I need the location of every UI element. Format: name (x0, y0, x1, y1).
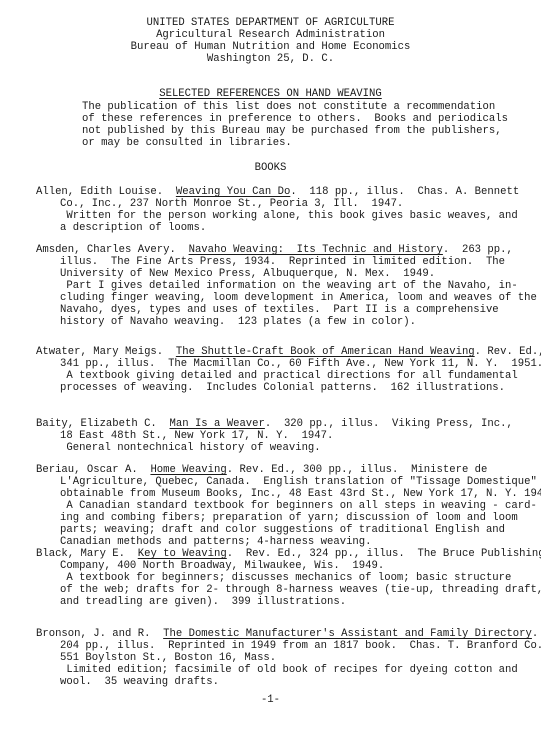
entry-author: Beriau, Oscar A. (36, 464, 138, 476)
entry-annotation-line: A textbook for beginners; discusses mech… (60, 572, 511, 584)
entry-author: Bronson, J. and R. (36, 628, 150, 640)
entry-annotation-line: parts; weaving; draft and color suggesti… (60, 524, 505, 536)
document-title: SELECTED REFERENCES ON HAND WEAVING (0, 88, 541, 100)
entry-publication-line: University of New Mexico Press, Albuquer… (60, 268, 435, 280)
disclaimer-line: The publication of this list does not co… (82, 101, 495, 113)
entry-annotation-line: General nontechnical history of weaving. (60, 442, 321, 454)
entry-publication-details: . Rev. Ed., (475, 346, 541, 358)
page-number: -1- (0, 694, 541, 706)
entry-book-title: The Shuttle-Craft Book of American Hand … (176, 346, 475, 358)
entry-publication-line: 18 East 48th St., New York 17, N. Y. 194… (60, 430, 333, 442)
entry-annotation-line: Navaho, dyes, types and uses of textiles… (60, 304, 499, 316)
entry-author: Baity, Elizabeth C. (36, 418, 157, 430)
entry-citation-line: Allen, Edith Louise. Weaving You Can Do.… (36, 186, 519, 198)
entry-publication-line: obtainable from Museum Books, Inc., 48 E… (60, 488, 541, 500)
entry-publication-line: L'Agriculture, Quebec, Canada. English t… (60, 476, 537, 488)
disclaimer-line: or may be consulted in libraries. (82, 137, 292, 149)
entry-publication-details: . (532, 628, 538, 640)
entry-annotation-line: wool. 35 weaving drafts. (60, 676, 219, 688)
entry-publication-details: . 118 pp., illus. Chas. A. Bennett (290, 186, 519, 198)
entry-citation-line: Baity, Elizabeth C. Man Is a Weaver. 320… (36, 418, 513, 430)
entry-publication-details: . Rev. Ed., 324 pp., illus. The Bruce Pu… (227, 548, 541, 560)
entry-annotation-line: A textbook giving detailed and practical… (60, 370, 518, 382)
section-heading-books: BOOKS (0, 162, 541, 174)
entry-citation-line: Beriau, Oscar A. Home Weaving. Rev. Ed.,… (36, 464, 487, 476)
entry-book-title: The Domestic Manufacturer's Assistant an… (163, 628, 532, 640)
document-page: UNITED STATES DEPARTMENT OF AGRICULTURE … (0, 0, 541, 733)
entry-annotation-line: A Canadian standard textbook for beginne… (60, 500, 537, 512)
header-department: UNITED STATES DEPARTMENT OF AGRICULTURE (0, 17, 541, 29)
entry-author: Amsden, Charles Avery. (36, 244, 176, 256)
entry-citation-line: Amsden, Charles Avery. Navaho Weaving: I… (36, 244, 513, 256)
entry-annotation-line: of the web; drafts for 2- through 8-harn… (60, 584, 541, 596)
entry-annotation-line: Part I gives detailed information on the… (60, 280, 518, 292)
disclaimer-line: not published by this Bureau may be purc… (82, 125, 502, 137)
header-administration: Agricultural Research Administration (0, 29, 541, 41)
entry-annotation-line: Canadian methods and patterns; 4-harness… (60, 536, 372, 548)
entry-author: Atwater, Mary Meigs. (36, 346, 163, 358)
entry-publication-details: . Rev. Ed., 300 pp., illus. Ministere de (227, 464, 488, 476)
entry-publication-line: Co., Inc., 237 North Monroe St., Peoria … (60, 198, 403, 210)
header-bureau: Bureau of Human Nutrition and Home Econo… (0, 41, 541, 53)
entry-citation-line: Atwater, Mary Meigs. The Shuttle-Craft B… (36, 346, 541, 358)
entry-publication-line: Company, 400 North Broadway, Milwaukee, … (60, 560, 384, 572)
entry-publication-line: 204 pp., illus. Reprinted in 1949 from a… (60, 640, 541, 652)
entry-book-title: Home Weaving (150, 464, 226, 476)
entry-book-title: Key to Weaving (138, 548, 227, 560)
entry-publication-details: . 320 pp., illus. Viking Press, Inc., (265, 418, 513, 430)
entry-annotation-line: and treadling are given). 399 illustrati… (60, 596, 346, 608)
entry-annotation-line: Written for the person working alone, th… (60, 210, 518, 222)
entry-author: Black, Mary E. (36, 548, 125, 560)
entry-annotation-line: cluding finger weaving, loom development… (60, 292, 537, 304)
entry-annotation-line: processes of weaving. Includes Colonial … (60, 382, 505, 394)
entry-publication-line: illus. The Fine Arts Press, 1934. Reprin… (60, 256, 505, 268)
entry-publication-line: 551 Boylston St., Boston 16, Mass. (60, 652, 276, 664)
disclaimer-line: of these references in preference to oth… (82, 113, 508, 125)
entry-annotation-line: history of Navaho weaving. 123 plates (a… (60, 316, 416, 328)
entry-annotation-line: ing and combing fibers; preparation of y… (60, 512, 518, 524)
entry-publication-line: 341 pp., illus. The Macmillan Co., 60 Fi… (60, 358, 541, 370)
entry-annotation-line: Limited edition; facsimile of old book o… (60, 664, 518, 676)
entry-author: Allen, Edith Louise. (36, 186, 163, 198)
entry-book-title: Man Is a Weaver (170, 418, 265, 430)
entry-book-title: Navaho Weaving: Its Technic and History (189, 244, 443, 256)
entry-publication-details: . 263 pp., (443, 244, 513, 256)
header-location: Washington 25, D. C. (0, 53, 541, 65)
entry-book-title: Weaving You Can Do (176, 186, 290, 198)
entry-citation-line: Black, Mary E. Key to Weaving. Rev. Ed.,… (36, 548, 541, 560)
entry-annotation-line: a description of looms. (60, 222, 206, 234)
entry-citation-line: Bronson, J. and R. The Domestic Manufact… (36, 628, 538, 640)
